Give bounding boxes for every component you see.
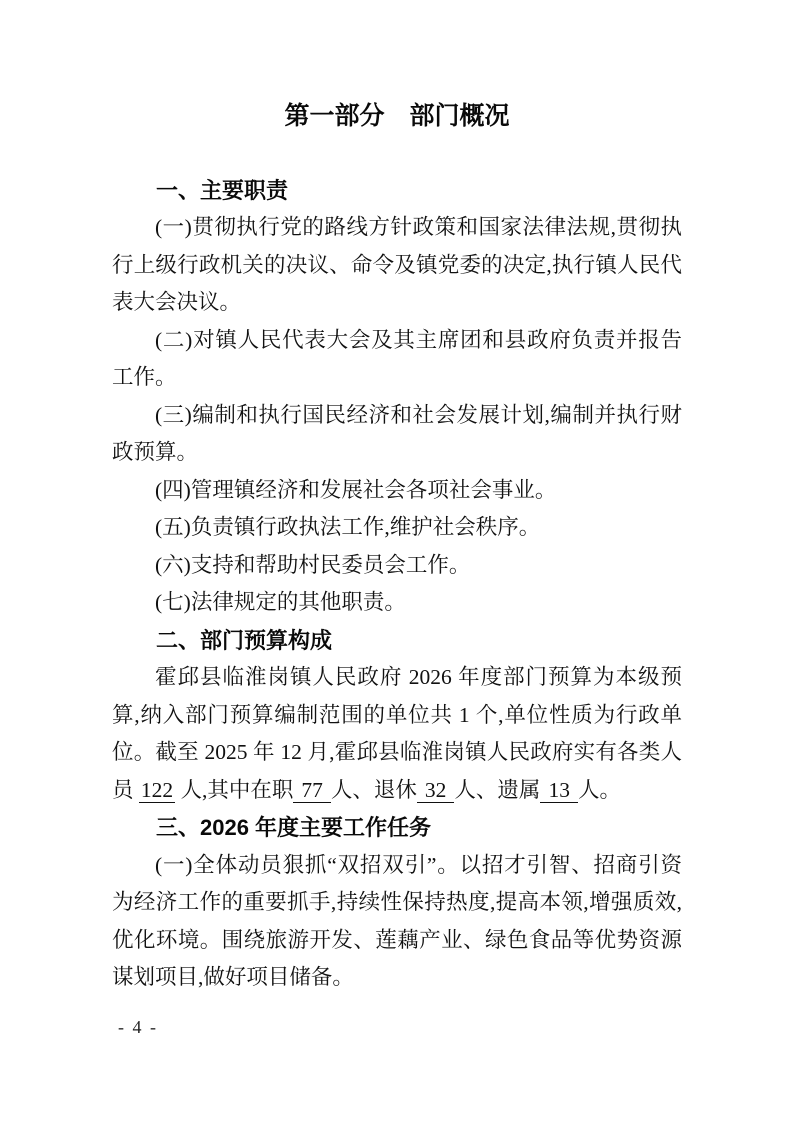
- duty-paragraph-3: (三)编制和执行国民经济和社会发展计划,编制并执行财政预算。: [112, 397, 682, 472]
- duty-paragraph-6: (六)支持和帮助村民委员会工作。: [112, 547, 682, 585]
- text-segment: 人。: [578, 778, 621, 802]
- underlined-retired-staff-count: 32: [417, 778, 455, 803]
- section-heading-main-duties: 一、主要职责: [112, 172, 682, 210]
- duty-paragraph-4: (四)管理镇经济和发展社会各项社会事业。: [112, 472, 682, 510]
- text-segment: 人、遗属: [454, 778, 540, 802]
- document-page: 第一部分 部门概况 一、主要职责 (一)贯彻执行党的路线方针政策和国家法律法规,…: [0, 0, 793, 1122]
- duty-paragraph-2: (二)对镇人民代表大会及其主席团和县政府负责并报告工作。: [112, 322, 682, 397]
- underlined-active-staff-count: 77: [293, 778, 331, 803]
- section-heading-budget-composition: 二、部门预算构成: [112, 622, 682, 660]
- underlined-total-staff-count: 122: [139, 778, 175, 803]
- text-segment: 人、退休: [331, 778, 417, 802]
- work-task-paragraph-1: (一)全体动员狠抓“双招双引”。以招才引智、招商引资为经济工作的重要抓手,持续性…: [112, 847, 682, 997]
- duty-paragraph-1: (一)贯彻执行党的路线方针政策和国家法律法规,贯彻执行上级行政机关的决议、命令及…: [112, 209, 682, 322]
- underlined-dependent-count: 13: [540, 778, 578, 803]
- duty-paragraph-5: (五)负责镇行政执法工作,维护社会秩序。: [112, 509, 682, 547]
- budget-paragraph: 霍邱县临淮岗镇人民政府 2026 年度部门预算为本级预算,纳入部门预算编制范围的…: [112, 659, 682, 809]
- duty-paragraph-7: (七)法律规定的其他职责。: [112, 584, 682, 622]
- page-number: - 4 -: [118, 1015, 158, 1039]
- page-title: 第一部分 部门概况: [112, 98, 682, 136]
- document-content: 第一部分 部门概况 一、主要职责 (一)贯彻执行党的路线方针政策和国家法律法规,…: [112, 98, 682, 997]
- section-heading-work-tasks: 三、2026 年度主要工作任务: [112, 809, 682, 847]
- text-segment: 人,其中在职: [175, 778, 293, 802]
